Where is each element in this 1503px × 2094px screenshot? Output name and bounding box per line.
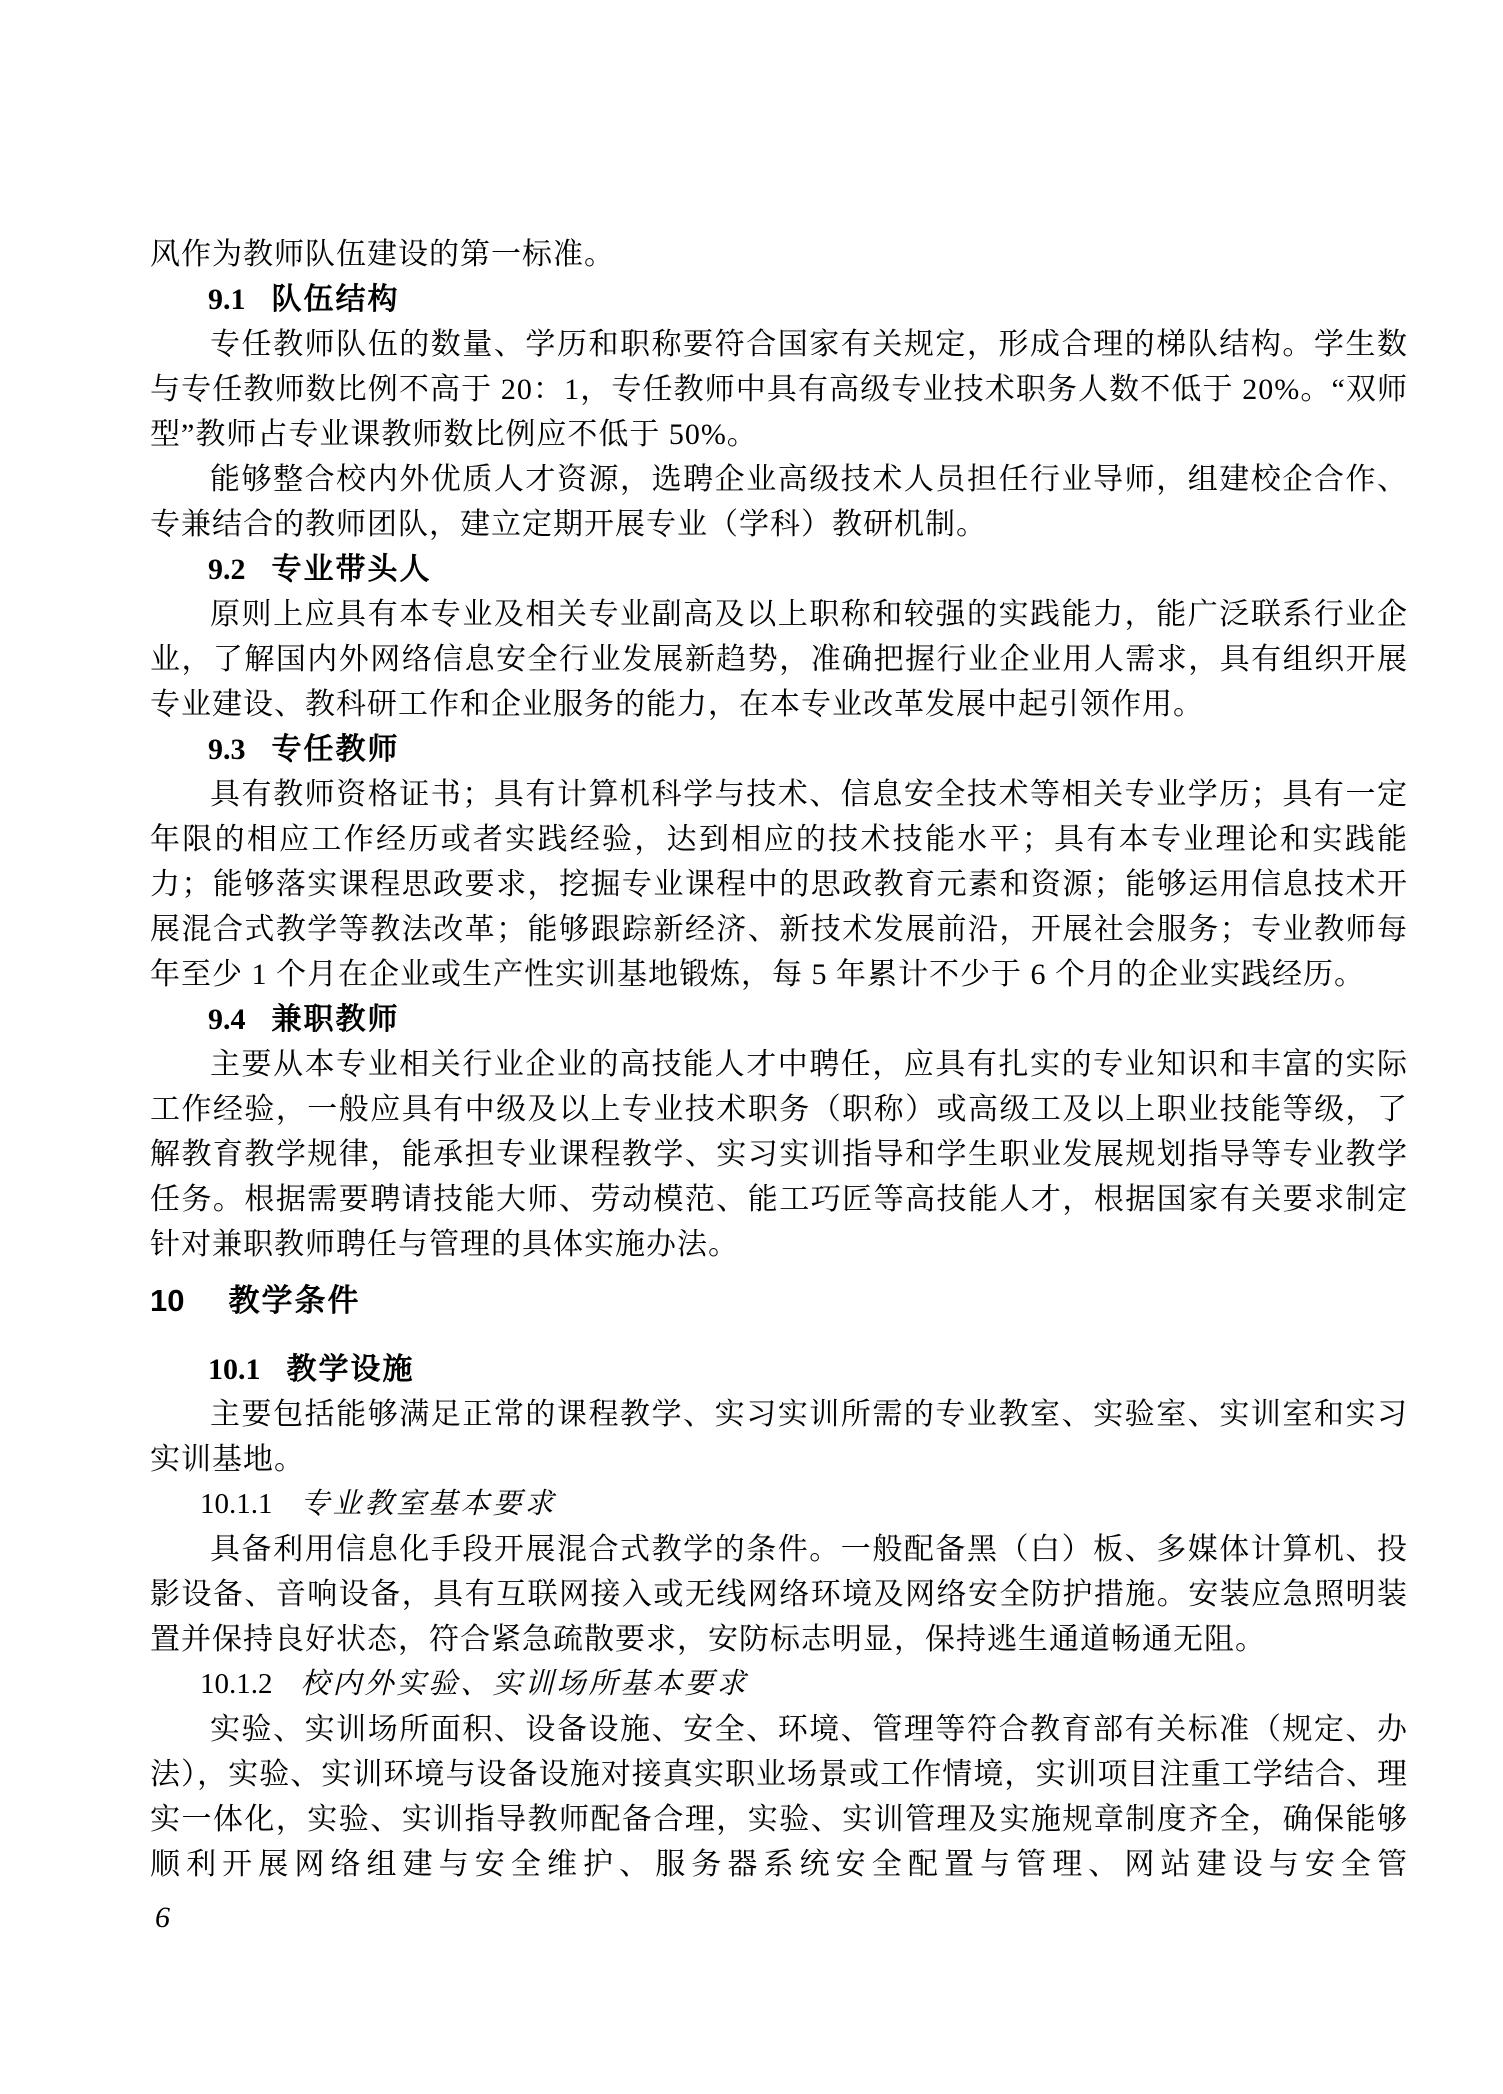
section-9-1-paragraph-2: 能够整合校内外优质人才资源，选聘企业高级技术人员担任行业导师，组建校企合作、专兼… bbox=[150, 457, 1408, 547]
section-9-4-paragraph-1: 主要从本专业相关行业企业的高技能人才中聘任，应具有扎实的专业知识和丰富的实际工作… bbox=[150, 1042, 1408, 1267]
heading-9-3-title: 专任教师 bbox=[272, 733, 400, 766]
heading-10-1-2-title: 校内外实验、实训场所基本要求 bbox=[301, 1668, 749, 1700]
heading-9-3: 9.3专任教师 bbox=[150, 727, 1408, 772]
heading-9-2-title: 专业带头人 bbox=[272, 553, 432, 586]
section-9-1-paragraph-1: 专任教师队伍的数量、学历和职称要符合国家有关规定，形成合理的梯队结构。学生数与专… bbox=[150, 322, 1408, 457]
heading-10-1-2-number: 10.1.2 bbox=[200, 1668, 273, 1700]
heading-9-4-title: 兼职教师 bbox=[272, 1003, 400, 1036]
heading-chapter-10-number: 10 bbox=[150, 1283, 184, 1318]
heading-9-3-number: 9.3 bbox=[208, 733, 246, 766]
heading-10-1-1-number: 10.1.1 bbox=[200, 1488, 273, 1520]
heading-9-2: 9.2专业带头人 bbox=[150, 547, 1408, 592]
heading-9-1: 9.1队伍结构 bbox=[150, 277, 1408, 322]
section-9-2-paragraph-1: 原则上应具有本专业及相关专业副高及以上职称和较强的实践能力，能广泛联系行业企业，… bbox=[150, 592, 1408, 727]
heading-9-1-title: 队伍结构 bbox=[272, 283, 400, 316]
heading-chapter-10-title: 教学条件 bbox=[228, 1283, 360, 1318]
heading-chapter-10: 10教学条件 bbox=[150, 1277, 1408, 1325]
heading-9-4: 9.4兼职教师 bbox=[150, 997, 1408, 1042]
heading-10-1: 10.1教学设施 bbox=[150, 1347, 1408, 1392]
heading-9-4-number: 9.4 bbox=[208, 1003, 246, 1036]
heading-10-1-2: 10.1.2校内外实验、实训场所基本要求 bbox=[150, 1662, 1408, 1707]
paragraph-continuation: 风作为教师队伍建设的第一标准。 bbox=[150, 232, 1408, 277]
heading-10-1-1-title: 专业教室基本要求 bbox=[301, 1488, 557, 1520]
heading-9-1-number: 9.1 bbox=[208, 283, 246, 316]
section-10-1-2-paragraph-1: 实验、实训场所面积、设备设施、安全、环境、管理等符合教育部有关标准（规定、办法）… bbox=[150, 1707, 1408, 1887]
page-content: 风作为教师队伍建设的第一标准。 9.1队伍结构 专任教师队伍的数量、学历和职称要… bbox=[150, 232, 1408, 1887]
section-10-1-1-paragraph-1: 具备利用信息化手段开展混合式教学的条件。一般配备黑（白）板、多媒体计算机、投影设… bbox=[150, 1527, 1408, 1662]
heading-10-1-title: 教学设施 bbox=[287, 1353, 415, 1386]
section-9-3-paragraph-1: 具有教师资格证书；具有计算机科学与技术、信息安全技术等相关专业学历；具有一定年限… bbox=[150, 772, 1408, 997]
document-page: 风作为教师队伍建设的第一标准。 9.1队伍结构 专任教师队伍的数量、学历和职称要… bbox=[0, 0, 1503, 2094]
heading-10-1-1: 10.1.1专业教室基本要求 bbox=[150, 1482, 1408, 1527]
heading-9-2-number: 9.2 bbox=[208, 553, 246, 586]
section-10-1-paragraph-1: 主要包括能够满足正常的课程教学、实习实训所需的专业教室、实验室、实训室和实习实训… bbox=[150, 1392, 1408, 1482]
page-number: 6 bbox=[155, 1895, 170, 1940]
heading-10-1-number: 10.1 bbox=[208, 1353, 261, 1386]
